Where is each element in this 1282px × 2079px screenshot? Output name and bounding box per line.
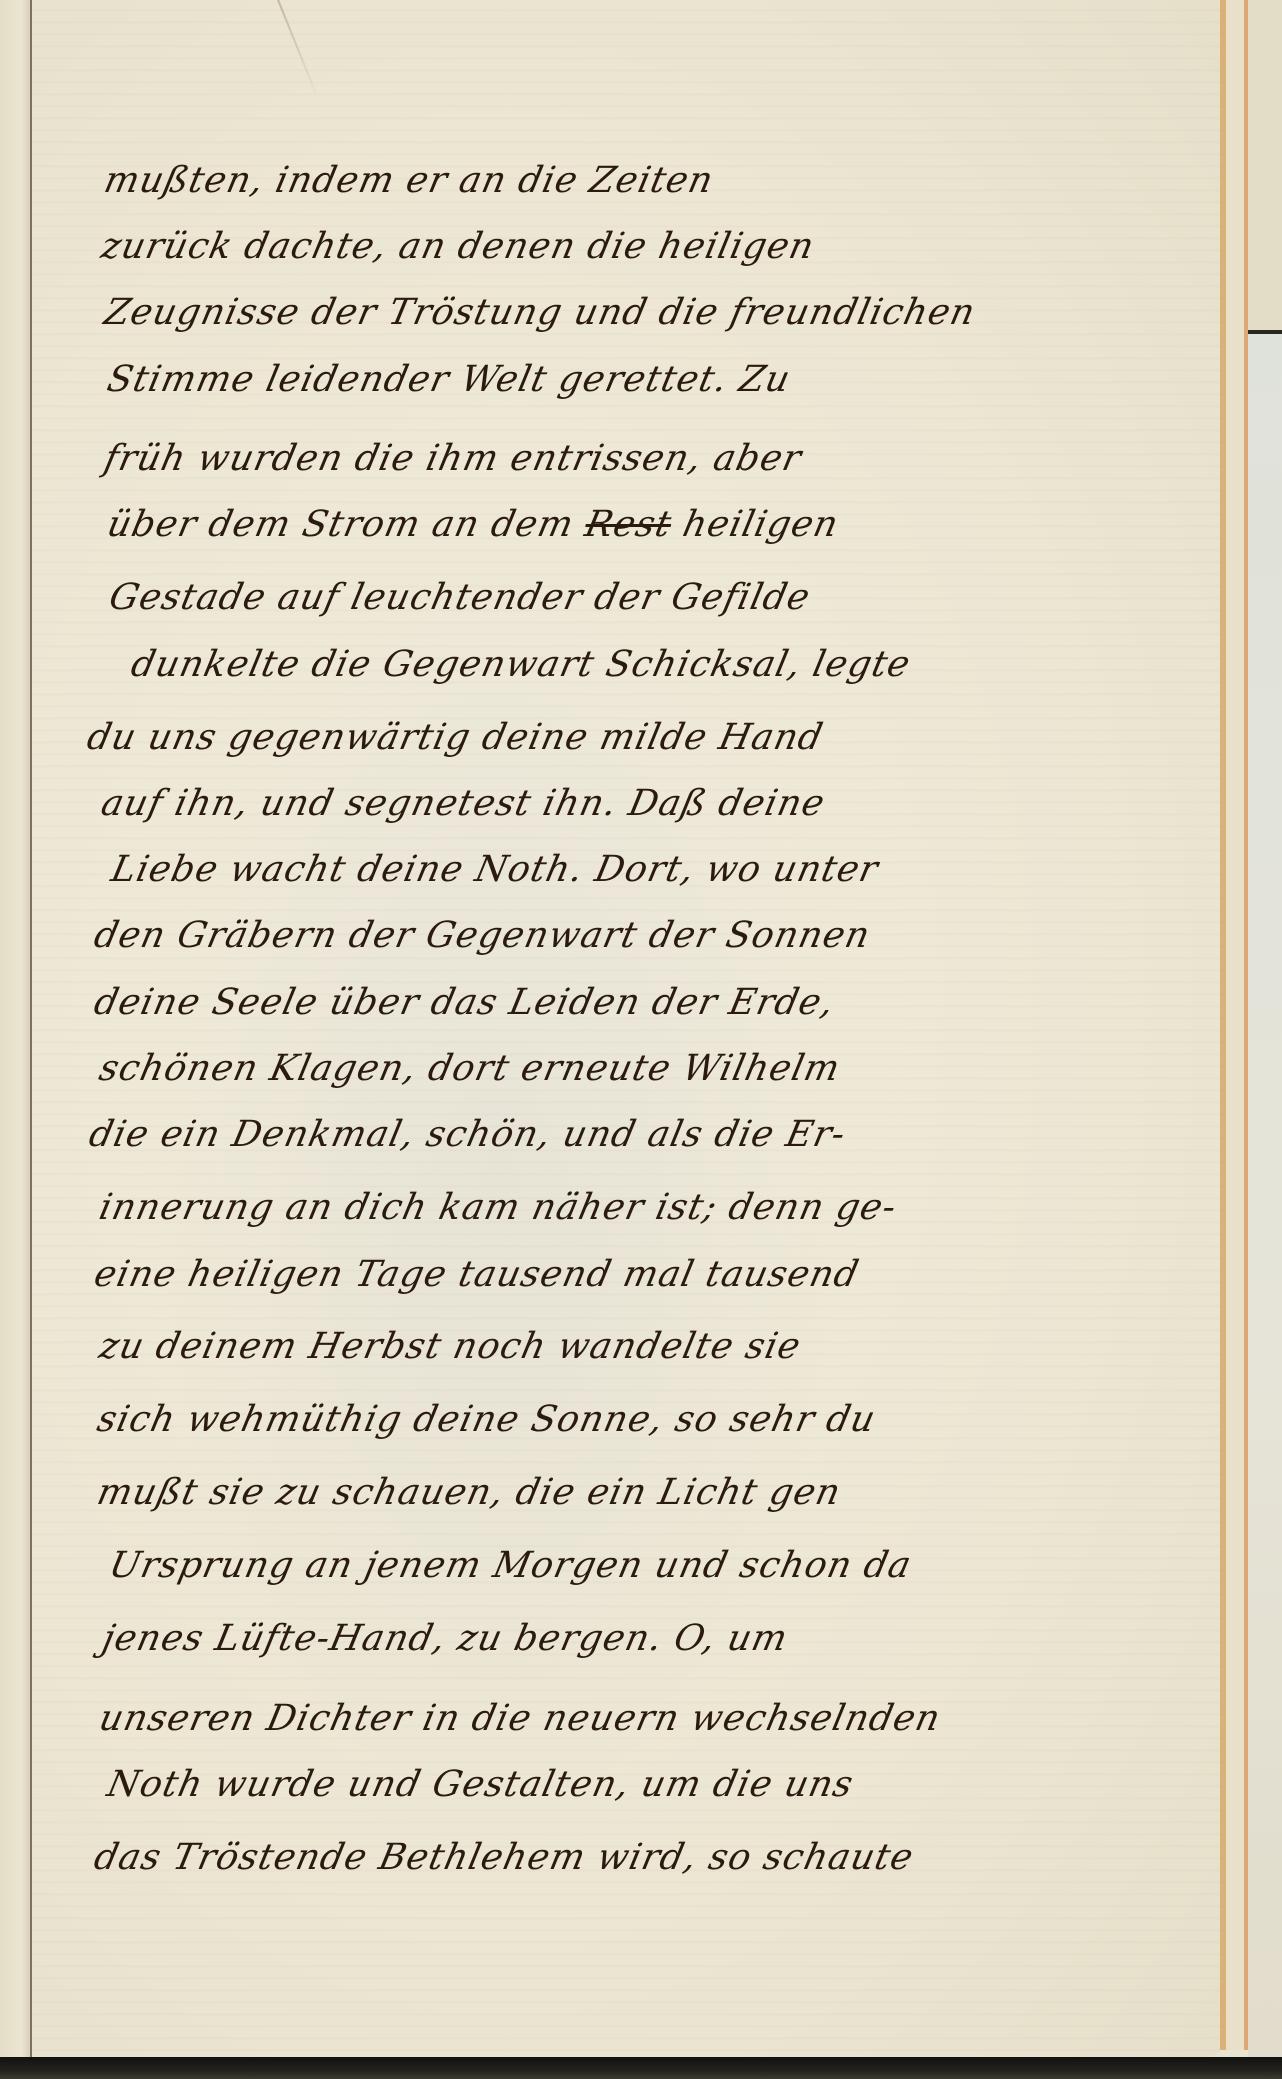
text-line: das Tröstende Bethlehem wird, so schaute [91,1837,918,1878]
text-line: unseren Dichter in die neuern wechselnde… [96,1698,945,1739]
text-line: mußten, indem er an die Zeiten [101,160,718,201]
text-line: innerung an dich kam näher ist; denn ge- [96,1187,901,1228]
text-line: schönen Klagen, dort erneute Wilhelm [96,1048,844,1089]
text-line: Liebe wacht deine Noth. Dort, wo unter [108,849,883,890]
text-line: deine Seele über das Leiden der Erde, [91,982,839,1023]
text-line: Zeugnisse der Tröstung und die freundlic… [101,292,980,333]
text-line: die ein Denkmal, schön, und als die Er- [86,1114,850,1155]
text-line: eine heiligen Tage tausend mal tausend [91,1254,863,1295]
text-line: zu deinem Herbst noch wandelte sie [96,1326,805,1367]
struck-through-word: Rest [581,504,675,545]
text-line: sich wehmüthig deine Sonne, so sehr du [94,1399,880,1440]
text-line: zurück dachte, an denen die heiligen [98,226,819,267]
manuscript-scan: mußten, indem er an die Zeiten zurück da… [0,0,1282,2079]
handwritten-text: mußten, indem er an die Zeiten zurück da… [0,0,1282,2079]
text-line: dunkelte die Gegenwart Schicksal, legte [128,644,915,685]
text-line: du uns gegenwärtig deine milde Hand [84,717,827,758]
text-line: Noth wurde und Gestalten, um die uns [104,1764,858,1805]
text-line: auf ihn, und segnetest ihn. Daß deine [98,783,829,824]
text-segment: über dem Strom an dem [104,504,578,545]
text-line: mußt sie zu schauen, die ein Licht gen [94,1472,845,1513]
text-line: Gestade auf leuchtender der Gefilde [106,577,814,618]
text-line: früh wurden die ihm entrissen, aber [101,438,806,479]
text-line: jenes Lüfte-Hand, zu bergen. O, um [99,1618,792,1659]
text-line: Stimme leidender Welt gerettet. Zu [104,359,795,400]
text-segment: heiligen [679,504,842,545]
text-line: Ursprung an jenem Morgen und schon da [106,1545,916,1586]
text-line: den Gräbern der Gegenwart der Sonnen [91,915,875,956]
text-line-with-deletion: über dem Strom an dem Rest heiligen [104,504,843,545]
